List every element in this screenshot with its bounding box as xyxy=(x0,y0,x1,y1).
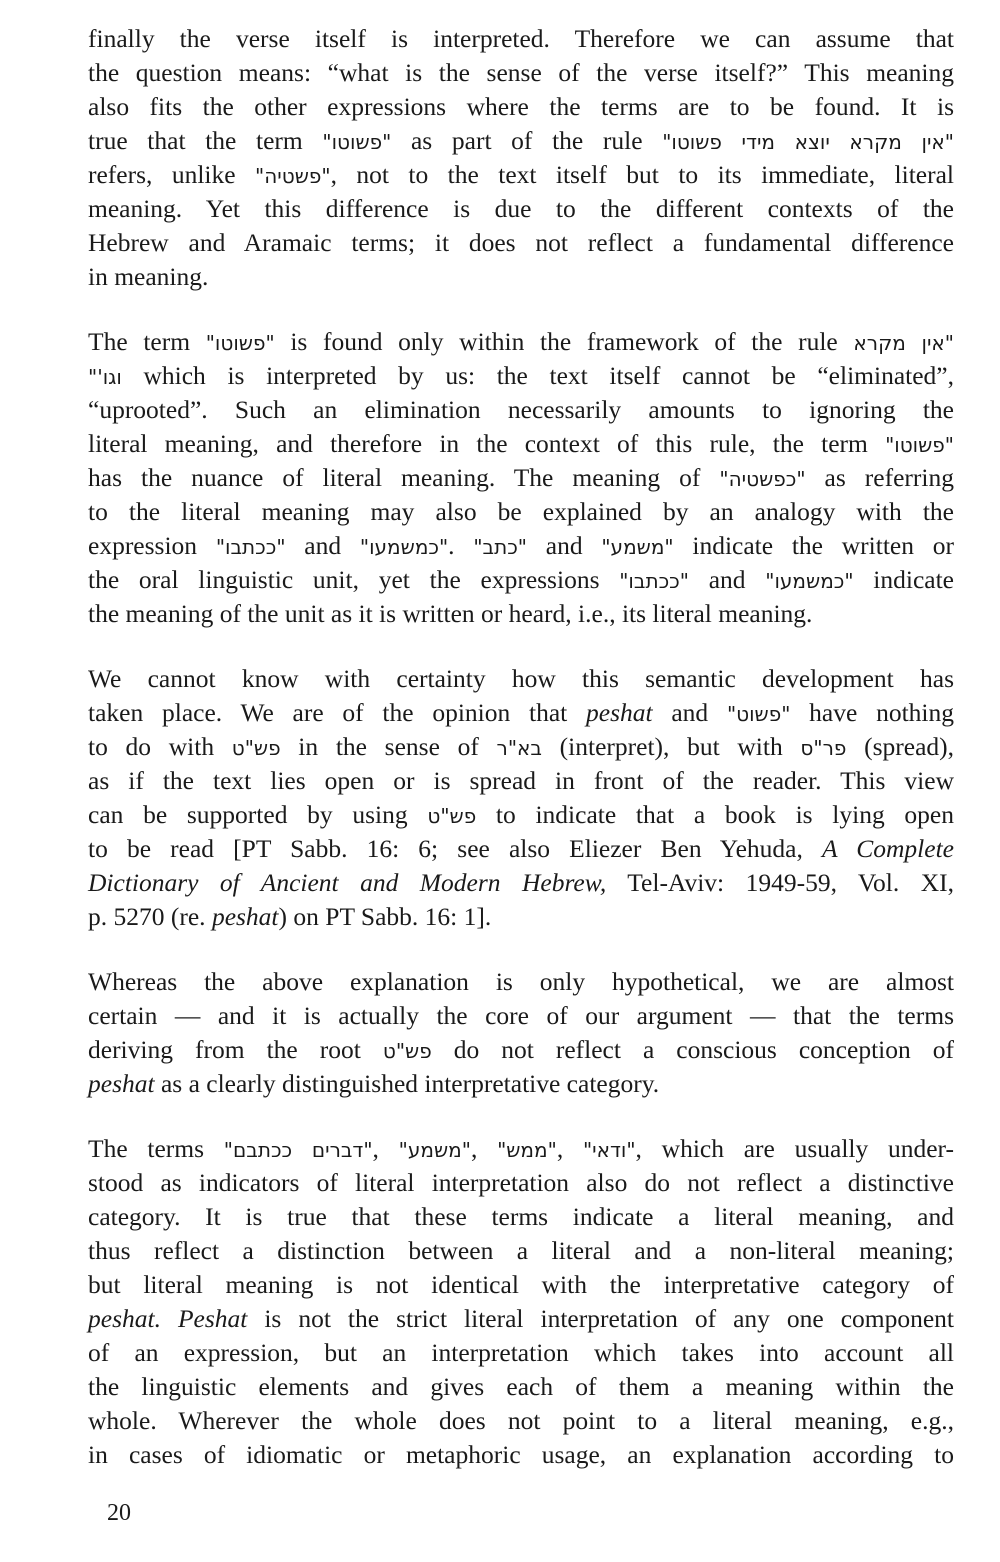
text-segment: Whereas the above explanation is only hy… xyxy=(88,967,954,996)
hebrew-term: "ככתבו" xyxy=(216,535,286,559)
text-segment: also fits the other expressions where th… xyxy=(88,92,954,121)
text-line: stood as indicators of literal interpret… xyxy=(88,1166,954,1200)
text-line: finally the verse itself is interpreted.… xyxy=(88,22,954,56)
hebrew-term: "משמע" xyxy=(601,535,673,559)
hebrew-term: "כתב" xyxy=(473,535,527,559)
text-line: as if the text lies open or is spread in… xyxy=(88,764,954,798)
text-segment: which is interpreted by us: the text its… xyxy=(122,361,954,390)
text-segment: as a clearly distinguished interpretativ… xyxy=(155,1069,660,1098)
text-segment: . xyxy=(448,531,473,560)
text-segment: as referring xyxy=(806,463,954,492)
text-line: The terms "דברים ככתבם", "משמע", "ממש", … xyxy=(88,1132,954,1166)
hebrew-term: פש"ט xyxy=(232,736,281,760)
hebrew-term: "כמשמעו" xyxy=(360,535,448,559)
text-segment: whole. Wherever the whole does not point… xyxy=(88,1406,954,1435)
hebrew-term: "פשוטו" xyxy=(885,433,954,457)
hebrew-term: "כפשטיה" xyxy=(719,467,805,491)
text-segment: category. It is true that these terms in… xyxy=(88,1202,954,1231)
text-line: to be read [PT Sabb. 16: 6; see also Eli… xyxy=(88,832,954,866)
text-segment: have nothing xyxy=(790,698,954,727)
hebrew-term: "פשוט" xyxy=(727,702,790,726)
hebrew-term: "אין מקרא יוצא מידי פשוטו" xyxy=(662,130,954,154)
hebrew-term: "כמשמעו" xyxy=(765,569,853,593)
text-segment: and xyxy=(689,565,765,594)
page-number: 20 xyxy=(107,1500,131,1527)
text-segment: and xyxy=(286,531,360,560)
text-segment: meaning. Yet this difference is due to t… xyxy=(88,194,954,223)
text-segment: indicate the written or xyxy=(674,531,954,560)
text-line: meaning. Yet this difference is due to t… xyxy=(88,192,954,226)
paragraph: Whereas the above explanation is only hy… xyxy=(88,965,954,1101)
text-segment: Hebrew and Aramaic terms; it does not re… xyxy=(88,228,954,257)
hebrew-term: "פשוטו" xyxy=(206,331,275,355)
text-line: category. It is true that these terms in… xyxy=(88,1200,954,1234)
text-segment: The term xyxy=(88,327,206,356)
text-segment: “uprooted”. Such an elimination necessar… xyxy=(88,395,954,424)
text-line: the oral linguistic unit, yet the expres… xyxy=(88,563,954,597)
text-line: The term "פשוטו" is found only within th… xyxy=(88,325,954,359)
text-line: “uprooted”. Such an elimination necessar… xyxy=(88,393,954,427)
page-body: finally the verse itself is interpreted.… xyxy=(88,22,954,1503)
text-segment: taken place. We are of the opinion that xyxy=(88,698,586,727)
text-line: to do with פש"ט in the sense of בא"ר (in… xyxy=(88,730,954,764)
paragraph: finally the verse itself is interpreted.… xyxy=(88,22,954,294)
text-line: of an expression, but an interpretation … xyxy=(88,1336,954,1370)
text-line: peshat. Peshat is not the strict literal… xyxy=(88,1302,954,1336)
text-segment: , not to the text itself but to its imme… xyxy=(331,160,954,189)
text-segment: to do with xyxy=(88,732,232,761)
hebrew-term: פש"ט xyxy=(383,1039,432,1063)
text-segment: , xyxy=(557,1134,583,1163)
hebrew-term: "משמע" xyxy=(399,1138,471,1162)
hebrew-term: "ממש" xyxy=(497,1138,557,1162)
text-line: Dictionary of Ancient and Modern Hebrew,… xyxy=(88,866,954,900)
text-line: p. 5270 (re. peshat) on PT Sabb. 16: 1]. xyxy=(88,900,954,934)
text-segment: We cannot know with certainty how this s… xyxy=(88,664,954,693)
hebrew-term: "אין מקרא xyxy=(853,331,954,355)
text-line: taken place. We are of the opinion that … xyxy=(88,696,954,730)
text-line: We cannot know with certainty how this s… xyxy=(88,662,954,696)
text-segment: ) on PT Sabb. 16: 1]. xyxy=(279,902,492,931)
text-segment: to the literal meaning may also be expla… xyxy=(88,497,954,526)
text-segment: The terms xyxy=(88,1134,224,1163)
text-segment: literal meaning, and therefore in the co… xyxy=(88,429,885,458)
italic-text: peshat. Peshat xyxy=(88,1304,247,1333)
text-segment: do not reflect a conscious conception of xyxy=(432,1035,954,1064)
paragraph: The term "פשוטו" is found only within th… xyxy=(88,325,954,631)
text-line: certain — and it is actually the core of… xyxy=(88,999,954,1033)
hebrew-term: "דברים ככתבם" xyxy=(224,1138,373,1162)
text-segment: as if the text lies open or is spread in… xyxy=(88,766,954,795)
text-segment: finally the verse itself is interpreted.… xyxy=(88,24,954,53)
text-segment: to be read [PT Sabb. 16: 6; see also Eli… xyxy=(88,834,822,863)
text-line: the meaning of the unit as it is written… xyxy=(88,597,954,631)
text-segment: p. 5270 (re. xyxy=(88,902,212,931)
text-line: also fits the other expressions where th… xyxy=(88,90,954,124)
italic-text: peshat xyxy=(212,902,279,931)
text-segment: true that the term xyxy=(88,126,322,155)
text-segment: (interpret), but with xyxy=(542,732,800,761)
text-segment: as part of the rule xyxy=(391,126,662,155)
text-segment: is not the strict literal interpretation… xyxy=(247,1304,954,1333)
text-segment: expression xyxy=(88,531,216,560)
text-line: whole. Wherever the whole does not point… xyxy=(88,1404,954,1438)
text-segment: the oral linguistic unit, yet the expres… xyxy=(88,565,619,594)
text-line: peshat as a clearly distinguished interp… xyxy=(88,1067,954,1101)
text-line: literal meaning, and therefore in the co… xyxy=(88,427,954,461)
text-line: thus reflect a distinction between a lit… xyxy=(88,1234,954,1268)
text-segment: certain — and it is actually the core of… xyxy=(88,1001,954,1030)
hebrew-term: וגו'" xyxy=(88,365,122,389)
text-segment: has the nuance of literal meaning. The m… xyxy=(88,463,719,492)
text-line: to the literal meaning may also be expla… xyxy=(88,495,954,529)
hebrew-term: בא"ר xyxy=(497,736,542,760)
text-segment: the meaning of the unit as it is written… xyxy=(88,599,812,628)
hebrew-term: "ככתבו" xyxy=(619,569,689,593)
text-line: refers, unlike "פשטיה", not to the text … xyxy=(88,158,954,192)
text-segment: in the sense of xyxy=(281,732,497,761)
text-segment: thus reflect a distinction between a lit… xyxy=(88,1236,954,1265)
text-segment: , xyxy=(373,1134,399,1163)
italic-text: Dictionary of Ancient and Modern Hebrew, xyxy=(88,868,606,897)
text-line: Hebrew and Aramaic terms; it does not re… xyxy=(88,226,954,260)
text-segment: Tel-Aviv: 1949-59, Vol. XI, xyxy=(606,868,954,897)
text-line: וגו'" which is interpreted by us: the te… xyxy=(88,359,954,393)
text-segment: in meaning. xyxy=(88,262,208,291)
text-segment: , xyxy=(471,1134,497,1163)
text-line: expression "ככתבו" and "כמשמעו". "כתב" a… xyxy=(88,529,954,563)
text-line: in meaning. xyxy=(88,260,954,294)
hebrew-term: "פשוטו" xyxy=(322,130,391,154)
text-segment: deriving from the root xyxy=(88,1035,383,1064)
text-line: the question means: “what is the sense o… xyxy=(88,56,954,90)
text-segment: of an expression, but an interpretation … xyxy=(88,1338,954,1367)
paragraph: We cannot know with certainty how this s… xyxy=(88,662,954,934)
text-line: but literal meaning is not identical wit… xyxy=(88,1268,954,1302)
text-segment: is found only within the framework of th… xyxy=(275,327,854,356)
text-segment: but literal meaning is not identical wit… xyxy=(88,1270,954,1299)
text-segment: refers, unlike xyxy=(88,160,255,189)
text-line: in cases of idiomatic or metaphoric usag… xyxy=(88,1438,954,1472)
text-segment: stood as indicators of literal interpret… xyxy=(88,1168,954,1197)
hebrew-term: פר"ס xyxy=(800,736,846,760)
text-line: deriving from the root פש"ט do not refle… xyxy=(88,1033,954,1067)
text-line: the linguistic elements and gives each o… xyxy=(88,1370,954,1404)
text-segment: in cases of idiomatic or metaphoric usag… xyxy=(88,1440,954,1469)
italic-text: peshat xyxy=(586,698,653,727)
italic-text: A Complete xyxy=(822,834,954,863)
hebrew-term: "ודאי" xyxy=(583,1138,636,1162)
text-line: true that the term "פשוטו" as part of th… xyxy=(88,124,954,158)
hebrew-term: פש"ט xyxy=(427,804,476,828)
text-segment: the linguistic elements and gives each o… xyxy=(88,1372,954,1401)
text-line: can be supported by using פש"ט to indica… xyxy=(88,798,954,832)
text-segment: , which are usually under- xyxy=(636,1134,954,1163)
text-line: Whereas the above explanation is only hy… xyxy=(88,965,954,999)
text-line: has the nuance of literal meaning. The m… xyxy=(88,461,954,495)
text-segment: to indicate that a book is lying open xyxy=(476,800,954,829)
text-segment: indicate xyxy=(854,565,954,594)
text-segment: (spread), xyxy=(846,732,954,761)
italic-text: peshat xyxy=(88,1069,155,1098)
text-segment: and xyxy=(653,698,727,727)
text-segment: the question means: “what is the sense o… xyxy=(88,58,954,87)
paragraph: The terms "דברים ככתבם", "משמע", "ממש", … xyxy=(88,1132,954,1472)
hebrew-term: "פשטיה" xyxy=(255,164,331,188)
text-segment: can be supported by using xyxy=(88,800,427,829)
text-segment: and xyxy=(527,531,601,560)
